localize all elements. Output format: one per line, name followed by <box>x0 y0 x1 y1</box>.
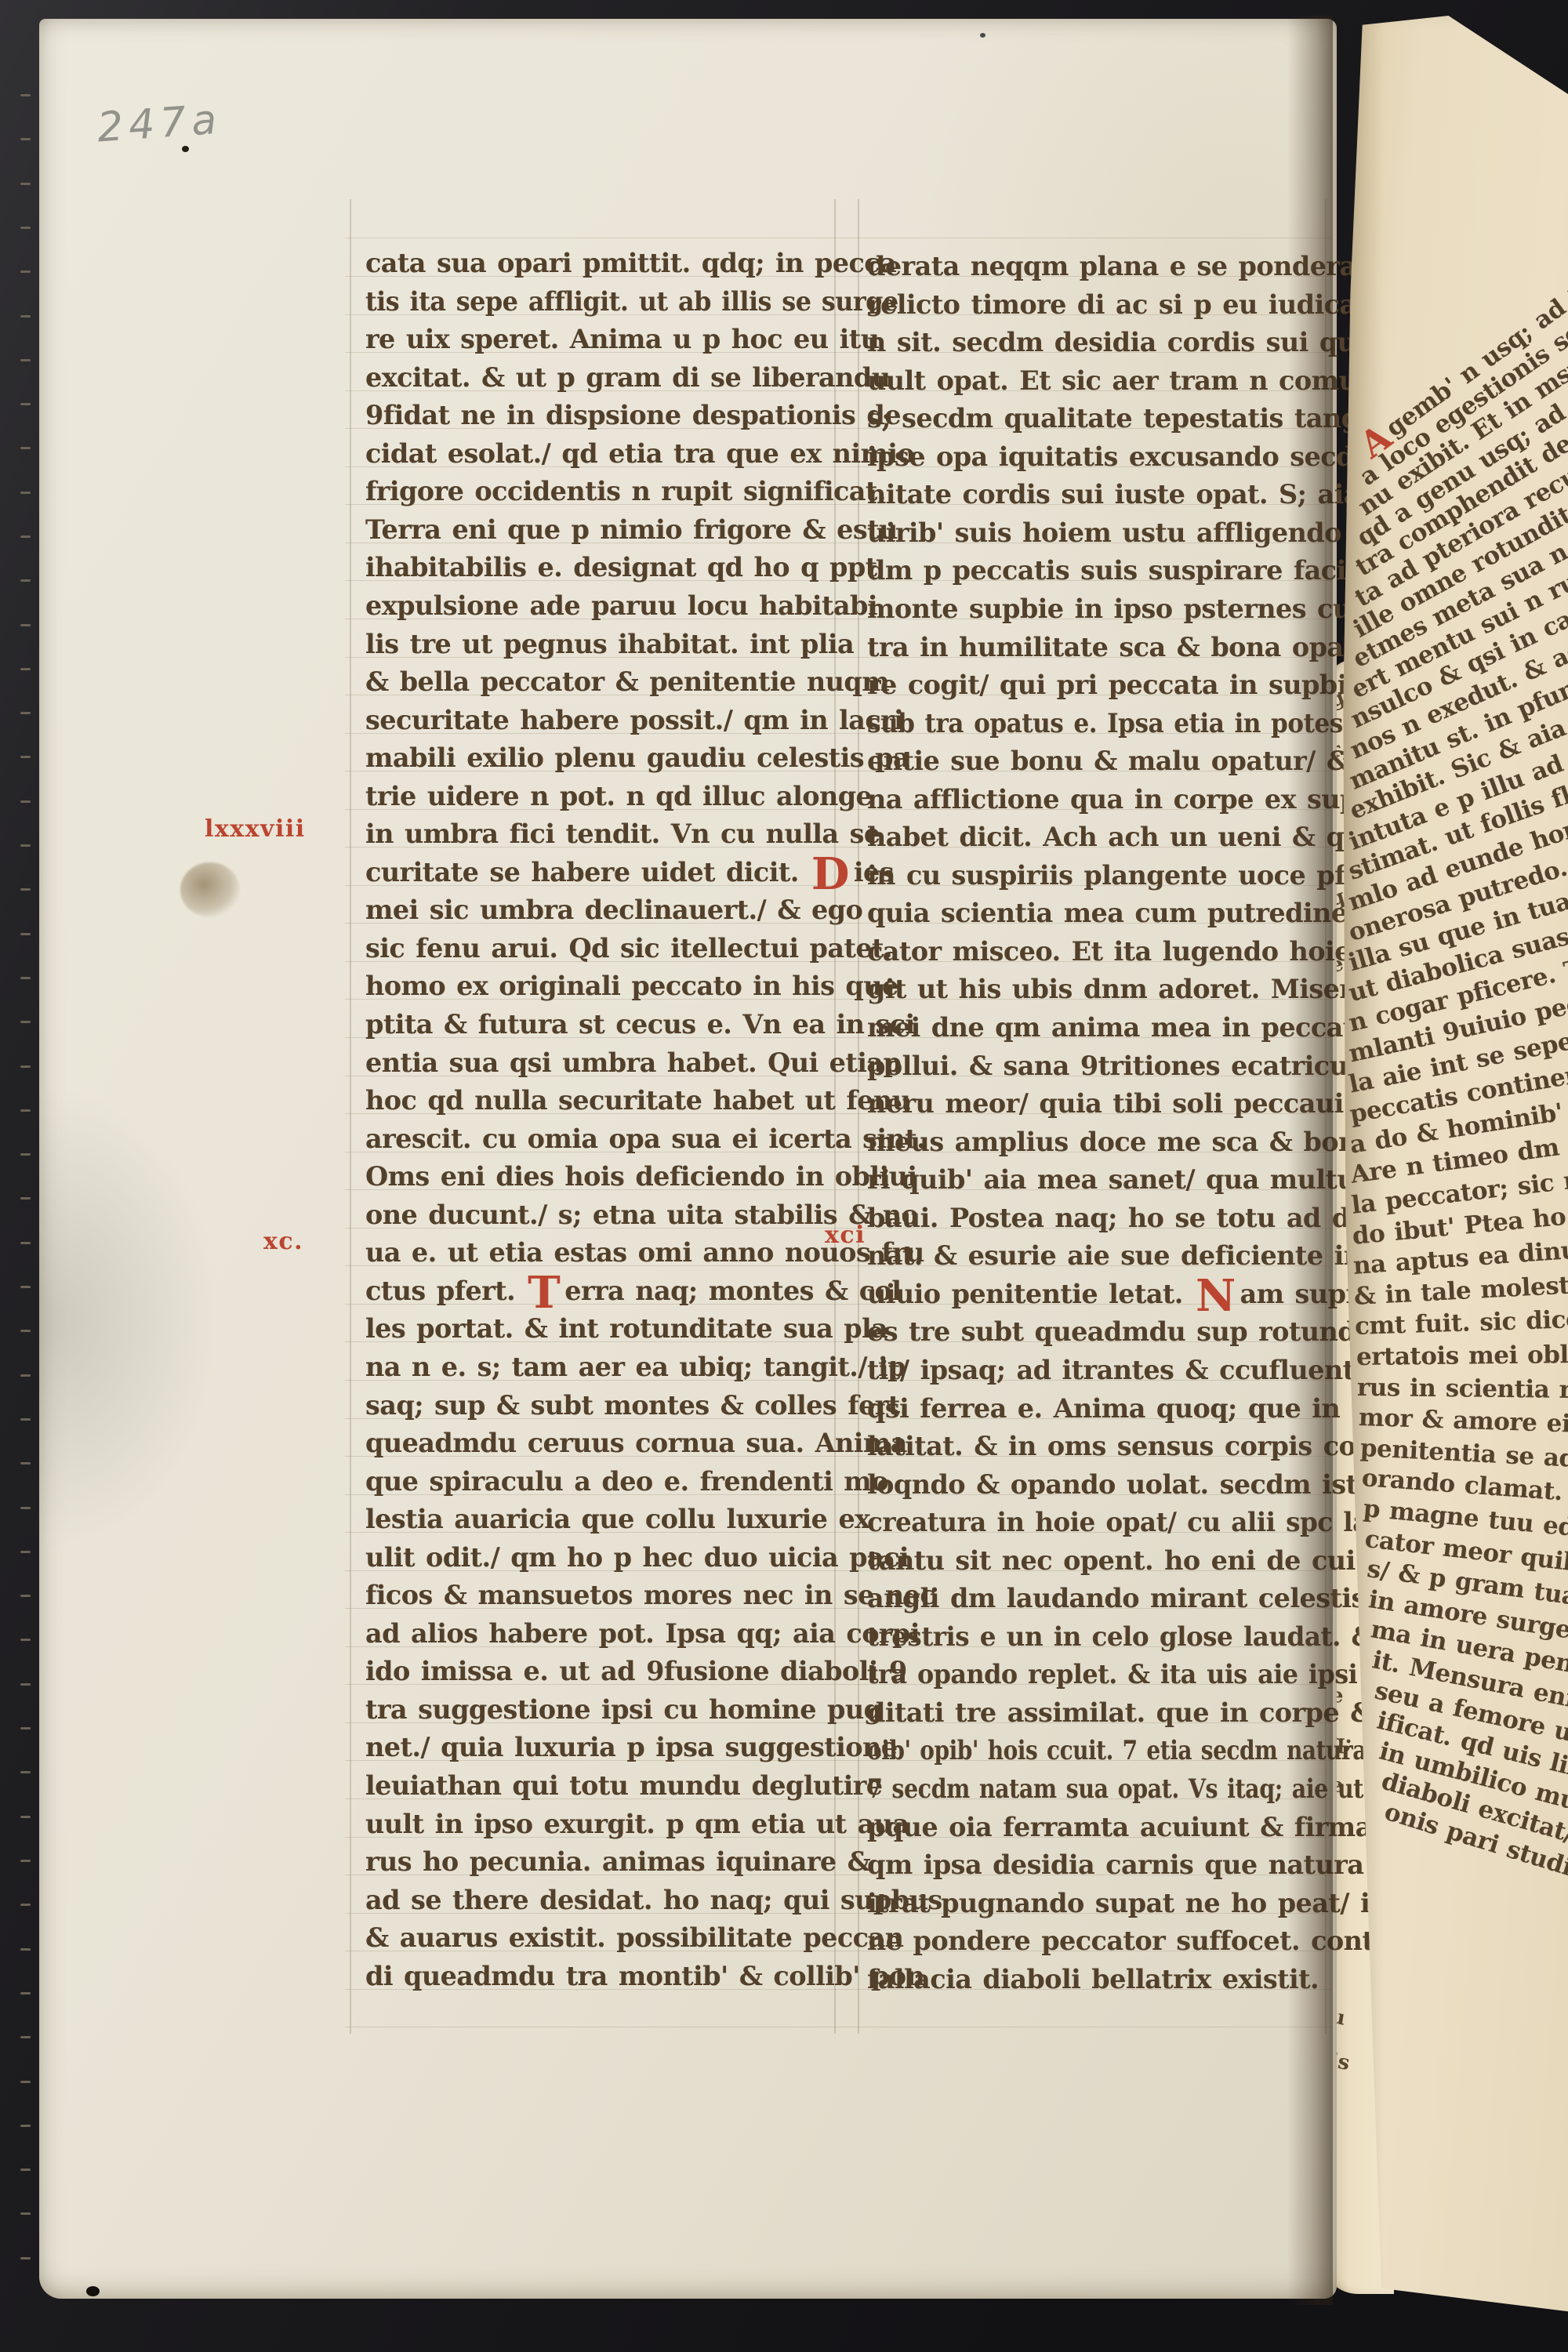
pricking-mark <box>20 2125 31 2127</box>
pricking-mark <box>20 756 31 758</box>
pricking-mark <box>20 1551 31 1553</box>
manuscript-text-line: leuiathan qui totu mundu deglutire <box>365 1770 882 1802</box>
manuscript-text-line: ido imissa e. ut ad 9fusione diaboli 9 <box>365 1656 907 1687</box>
manuscript-text-line: quia scientia mea cum putredine pec <box>867 898 1408 929</box>
pricking-mark <box>20 888 31 891</box>
pricking-mark <box>20 1330 31 1332</box>
manuscript-text-line: rus ho pecunia. animas iquinare & <box>365 1846 870 1878</box>
manuscript-text-line: qm ipsa desidia carnis que natura ipsi <box>867 1849 1426 1881</box>
pricking-mark <box>20 1727 31 1730</box>
pricking-mark <box>20 933 31 935</box>
ink-speck <box>182 146 189 152</box>
pricking-mark <box>20 1153 31 1156</box>
manuscript-text-line: fallacia diaboli bellatrix existit. <box>867 1964 1319 1995</box>
pricking-mark <box>20 844 31 847</box>
line-text: uiuio penitentie letat. <box>867 1279 1194 1309</box>
manuscript-text-line: curitate se habere uidet dicit. Dies <box>365 857 894 888</box>
manuscript-text-line: ficos & mansuetos mores nec in se nec <box>365 1580 935 1611</box>
manuscript-text-line: itrat pugnando supat ne ho peat/ ipsaq; <box>867 1888 1446 1919</box>
manuscript-text-line: in umbra fici tendit. Vn cu nulla se <box>365 818 880 850</box>
line-text: curitate se habere uidet dicit. <box>365 857 810 887</box>
manuscript-text-line: & auarus existit. possibilitate peccan <box>365 1922 903 1954</box>
manuscript-text-line: ipse opa iquitatis excusando secdm ua <box>867 441 1428 473</box>
background-speck <box>980 33 985 38</box>
manuscript-text-line: pollui. & sana 9tritiones ecatricu uul <box>867 1051 1406 1082</box>
pricking-mark <box>20 1065 31 1068</box>
pricking-mark <box>20 1242 31 1244</box>
pricking-mark <box>20 800 31 803</box>
pricking-mark <box>20 183 31 185</box>
pricking-mark <box>20 94 31 96</box>
line-text: ctus pfert. <box>365 1276 526 1306</box>
pricking-mark <box>20 403 31 405</box>
manuscript-text-line: nat. & esurie aie sue deficiente in con <box>867 1240 1425 1272</box>
page-edge-speck <box>86 2286 100 2296</box>
manuscript-text-line: creatura in hoie opat/ cu alii spc laus … <box>867 1507 1439 1538</box>
manuscript-text-line: na afflictione qua in corpe ex supbia <box>867 784 1402 815</box>
manuscript-text-line: tra opando replet. & ita uis aie ipsi ro… <box>867 1659 1443 1690</box>
pricking-mark <box>20 579 31 582</box>
pricking-mark <box>20 1683 31 1686</box>
manuscript-text-line: lis tre ut pegnus ihabitat. int plia <box>365 629 854 660</box>
pricking-mark <box>20 1286 31 1288</box>
manuscript-text-line: neru meor/ quia tibi soli peccaui. O ds <box>867 1088 1429 1120</box>
manuscript-text-line: ulit odit./ qm ho p hec duo uicia paci <box>365 1542 909 1573</box>
manuscript-text-line: ptita & futura st cecus e. Vn ea in sci <box>365 1009 915 1040</box>
manuscript-text-line: cidat esolat./ qd etia tra que ex nimio <box>365 438 914 470</box>
rubricated-initial: N <box>1194 1270 1240 1322</box>
manuscript-text-line: dm p peccatis suis suspirare facit. ac <box>867 555 1410 586</box>
manuscript-text-line: re cogit/ qui pri peccata in supbia qsi <box>867 670 1416 701</box>
manuscript-text-line: monte supbie in ipso psternes cu sup <box>867 593 1414 625</box>
manuscript-text-line: sic fenu arui. Qd sic itellectui patet. <box>365 933 892 964</box>
manuscript-text-line: excitat. & ut p gram di se liberandu <box>365 362 891 394</box>
pricking-mark <box>20 2212 31 2215</box>
pricking-mark <box>20 2257 31 2259</box>
manuscript-text-line: oib' opib' hois ccuit. 7 etia secdm natu… <box>867 1735 1449 1766</box>
margin-chapter-number-xc: xc. <box>263 1228 303 1255</box>
manuscript-text-line: angli dm laudando mirant celestis & <box>867 1583 1399 1614</box>
manuscript-left-page: 247a lxxxviii xc. xci cata sua opari pmi… <box>39 19 1337 2299</box>
manuscript-text-line: & bella peccator & penitentie nuqm <box>365 666 889 698</box>
manuscript-text-line: ctus pfert. Terra naq; montes & col <box>365 1276 901 1307</box>
pricking-mark <box>20 1860 31 1862</box>
text-column-right: derata neqqm plana e se ponderat/ cureli… <box>867 251 1375 2015</box>
manuscript-text-line: cata sua opari pmittit. qdq; in pecca <box>365 248 896 279</box>
facing-page-text-line: rus in scientia racionalitatis me <box>1357 1374 1568 1406</box>
manuscript-text-line: one ducunt./ s; etna uita stabilis & no <box>365 1200 918 1231</box>
manuscript-text-line: di queadmdu tra montib' & collib' pon <box>365 1961 924 1992</box>
manuscript-text-line: trestris e un in celo glose laudat. & to… <box>867 1621 1440 1653</box>
pricking-mark <box>20 447 31 449</box>
manuscript-text-line: hoc qd nulla securitate habet ut fenu <box>365 1085 910 1116</box>
manuscript-text-line: net./ quia luxuria p ipsa suggestione <box>365 1732 897 1763</box>
manuscript-text-line: mei dne qm anima mea in peccatis <box>867 1012 1378 1044</box>
manuscript-text-line: ad se there desidat. ho naq; qui supbus <box>365 1885 942 1916</box>
pricking-mark <box>20 1992 31 1994</box>
pricking-mark <box>20 2169 31 2171</box>
pricking-mark <box>20 1462 31 1465</box>
manuscript-text-line: uirib' suis hoiem ustu affligendo ad <box>867 517 1387 549</box>
manuscript-text-line: arescit. cu omia opa sua ei icerta sint. <box>365 1123 925 1155</box>
manuscript-text-line: homo ex originali peccato in his que <box>365 971 898 1002</box>
ruling-line <box>345 238 1331 238</box>
pricking-mark <box>20 138 31 140</box>
pricking-mark <box>20 315 31 318</box>
manuscript-text-line: re uix speret. Anima u p hoc eu itu <box>365 324 879 355</box>
pricking-mark <box>20 2036 31 2038</box>
pricking-mark <box>20 1418 31 1421</box>
pricking-mark <box>20 1021 31 1023</box>
pricking-mark <box>20 1197 31 1200</box>
ink-smudge <box>180 862 240 917</box>
manuscript-text-line: in cu suspiriis plangente uoce pfero. <box>867 860 1400 891</box>
rubricated-initial: D <box>810 848 854 900</box>
ruling-line <box>345 2027 1331 2027</box>
manuscript-text-line: ditati tre assimilat. que in corpe & in <box>867 1697 1413 1729</box>
pricking-mark <box>20 227 31 229</box>
manuscript-text-line: expulsione ade paruu locu habitabi <box>365 590 877 622</box>
manuscript-text-line: ua e. ut etia estas omi anno nouos fru <box>365 1237 924 1269</box>
manuscript-text-line: les portat. & int rotunditate sua pla <box>365 1313 887 1345</box>
margin-chapter-number-lxxxviii: lxxxviii <box>205 815 306 843</box>
pricking-mark <box>20 1109 31 1112</box>
manuscript-text-line: tantu sit nec opent. ho eni de cui opib' <box>867 1545 1436 1577</box>
pricking-mark <box>20 1507 31 1509</box>
line-text: erra naq; montes & col <box>564 1276 901 1306</box>
pricking-mark <box>20 1639 31 1641</box>
manuscript-text-line: ad alios habere pot. Ipsa qq; aia corpi <box>365 1618 920 1650</box>
manuscript-text-line: tra suggestione ipsi cu homine pug <box>365 1694 881 1726</box>
manuscript-text-line: Terra eni que p nimio frigore & estu <box>365 514 898 546</box>
manuscript-text-line: uult opat. Et sic aer tram n comunit <box>867 365 1397 397</box>
manuscript-text-line: frigore occidentis n rupit significat. <box>365 476 886 507</box>
pricking-mark <box>20 535 31 538</box>
manuscript-text-line: 9fidat ne in dispsione despationis de <box>365 400 901 431</box>
pricking-mark <box>20 359 31 361</box>
rubricated-initial: T <box>526 1267 564 1319</box>
pricking-mark <box>20 712 31 714</box>
pencil-folio-number: 247a <box>96 96 223 152</box>
manuscript-text-line: mei sic umbra declinauert./ & ego <box>365 895 862 926</box>
facing-page-text-line: ertatois mei oblitus su qndo de <box>1356 1338 1568 1371</box>
manuscript-text-line: derata neqqm plana e se ponderat/ cu <box>867 251 1422 282</box>
pricking-mark <box>20 1595 31 1597</box>
manuscript-text-line: saq; sup & subt montes & colles fert. <box>365 1390 909 1421</box>
manuscript-text-line: mabili exilio plenu gaudiu celestis pa <box>365 742 909 774</box>
pricking-mark <box>20 1374 31 1377</box>
manuscript-text-line: tra in humilitate sca & bona opa face <box>867 632 1414 663</box>
pricking-mark <box>20 624 31 626</box>
manuscript-text-line: ihabitabilis e. designat qd ho q ppt <box>365 552 877 583</box>
manuscript-text-line: securitate habere possit./ qm in lacri <box>365 705 903 736</box>
pricking-mark <box>20 668 31 670</box>
manuscript-text-line: queadmdu ceruus cornua sua. Anima <box>365 1428 907 1459</box>
manuscript-text-line: ri quib' aia mea sanet/ qua multu ptur <box>867 1164 1428 1196</box>
manuscript-text-line: que spiraculu a deo e. frendenti mo <box>365 1466 888 1497</box>
manuscript-text-line: Oms eni dies hois deficiendo in obliui <box>365 1161 917 1192</box>
manuscript-text-line: tis ita sepe affligit. ut ab illis se su… <box>365 286 898 318</box>
manuscript-text-line: uiuio penitentie letat. Nam supfici <box>867 1279 1391 1310</box>
text-column-left: cata sua opari pmittit. qdq; in peccatis… <box>365 248 867 2012</box>
manuscript-text-line: trie uidere n pot. n qd illuc alonge <box>365 781 872 812</box>
manuscript-text-line: n sit. secdm desidia cordis sui quecuq; <box>867 327 1433 358</box>
pricking-mark <box>20 2081 31 2083</box>
pricking-mark <box>20 1948 31 1951</box>
manuscript-text-line: git ut his ubis dnm adoret. Miserere <box>867 974 1399 1005</box>
manuscript-text-line: cator misceo. Et ita lugendo hoiem co <box>867 936 1421 967</box>
manuscript-text-line: relicto timore di ac si p eu iudicandus <box>867 289 1425 321</box>
pricking-mark <box>20 270 31 273</box>
manuscript-text-line: qsi ferrea e. Anima quoq; que in corpe <box>867 1393 1431 1425</box>
manuscript-photograph: { "colors": { "ink": "#52402b", "rubric"… <box>0 0 1568 2352</box>
ruling-line <box>350 199 351 2034</box>
pricking-mark <box>20 1816 31 1818</box>
manuscript-text-line: na n e. s; tam aer ea ubiq; tangit./ ip <box>365 1352 906 1383</box>
pricking-mark <box>20 1904 31 1906</box>
manuscript-text-line: nitate cordis sui iuste opat. S; aia q <box>867 479 1389 510</box>
manuscript-text-line: uult in ipso exurgit. p qm etia ut aua <box>365 1809 909 1840</box>
pricking-mark <box>20 977 31 979</box>
manuscript-text-line: entia sua qsi umbra habet. Qui etiap <box>365 1047 901 1079</box>
manuscript-text-line: lestia auaricia que collu luxurie ex <box>365 1504 870 1535</box>
manuscript-text-line: pque oia ferramta acuiunt & firmantur. <box>867 1812 1440 1843</box>
pricking-mark <box>20 1771 31 1773</box>
pricking-mark <box>20 492 31 494</box>
